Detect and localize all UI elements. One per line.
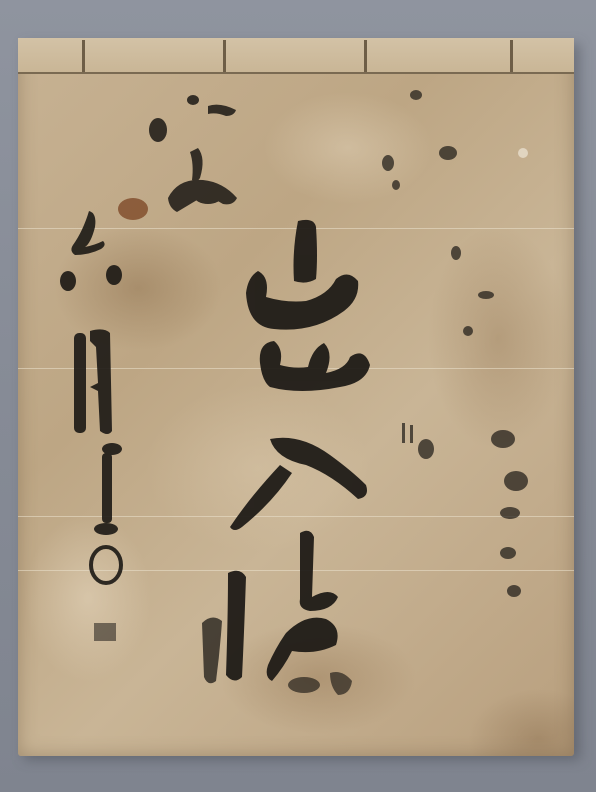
calligraphy-date-column: 六月 日 [54, 203, 144, 663]
binding-stitch [364, 40, 367, 72]
binding-spine [18, 38, 574, 74]
calligraphy-title: 出入帳 [240, 213, 380, 423]
binding-stitch [223, 40, 226, 72]
calligraphy-top-left: 上 [138, 88, 248, 228]
binding-stitch [82, 40, 85, 72]
binding-stitch [510, 40, 513, 72]
ledger-book-cover: 上 六月 日 [18, 38, 574, 756]
photo-scene: 上 六月 日 [0, 0, 596, 792]
calligraphy-right-column: 世 [368, 83, 538, 683]
